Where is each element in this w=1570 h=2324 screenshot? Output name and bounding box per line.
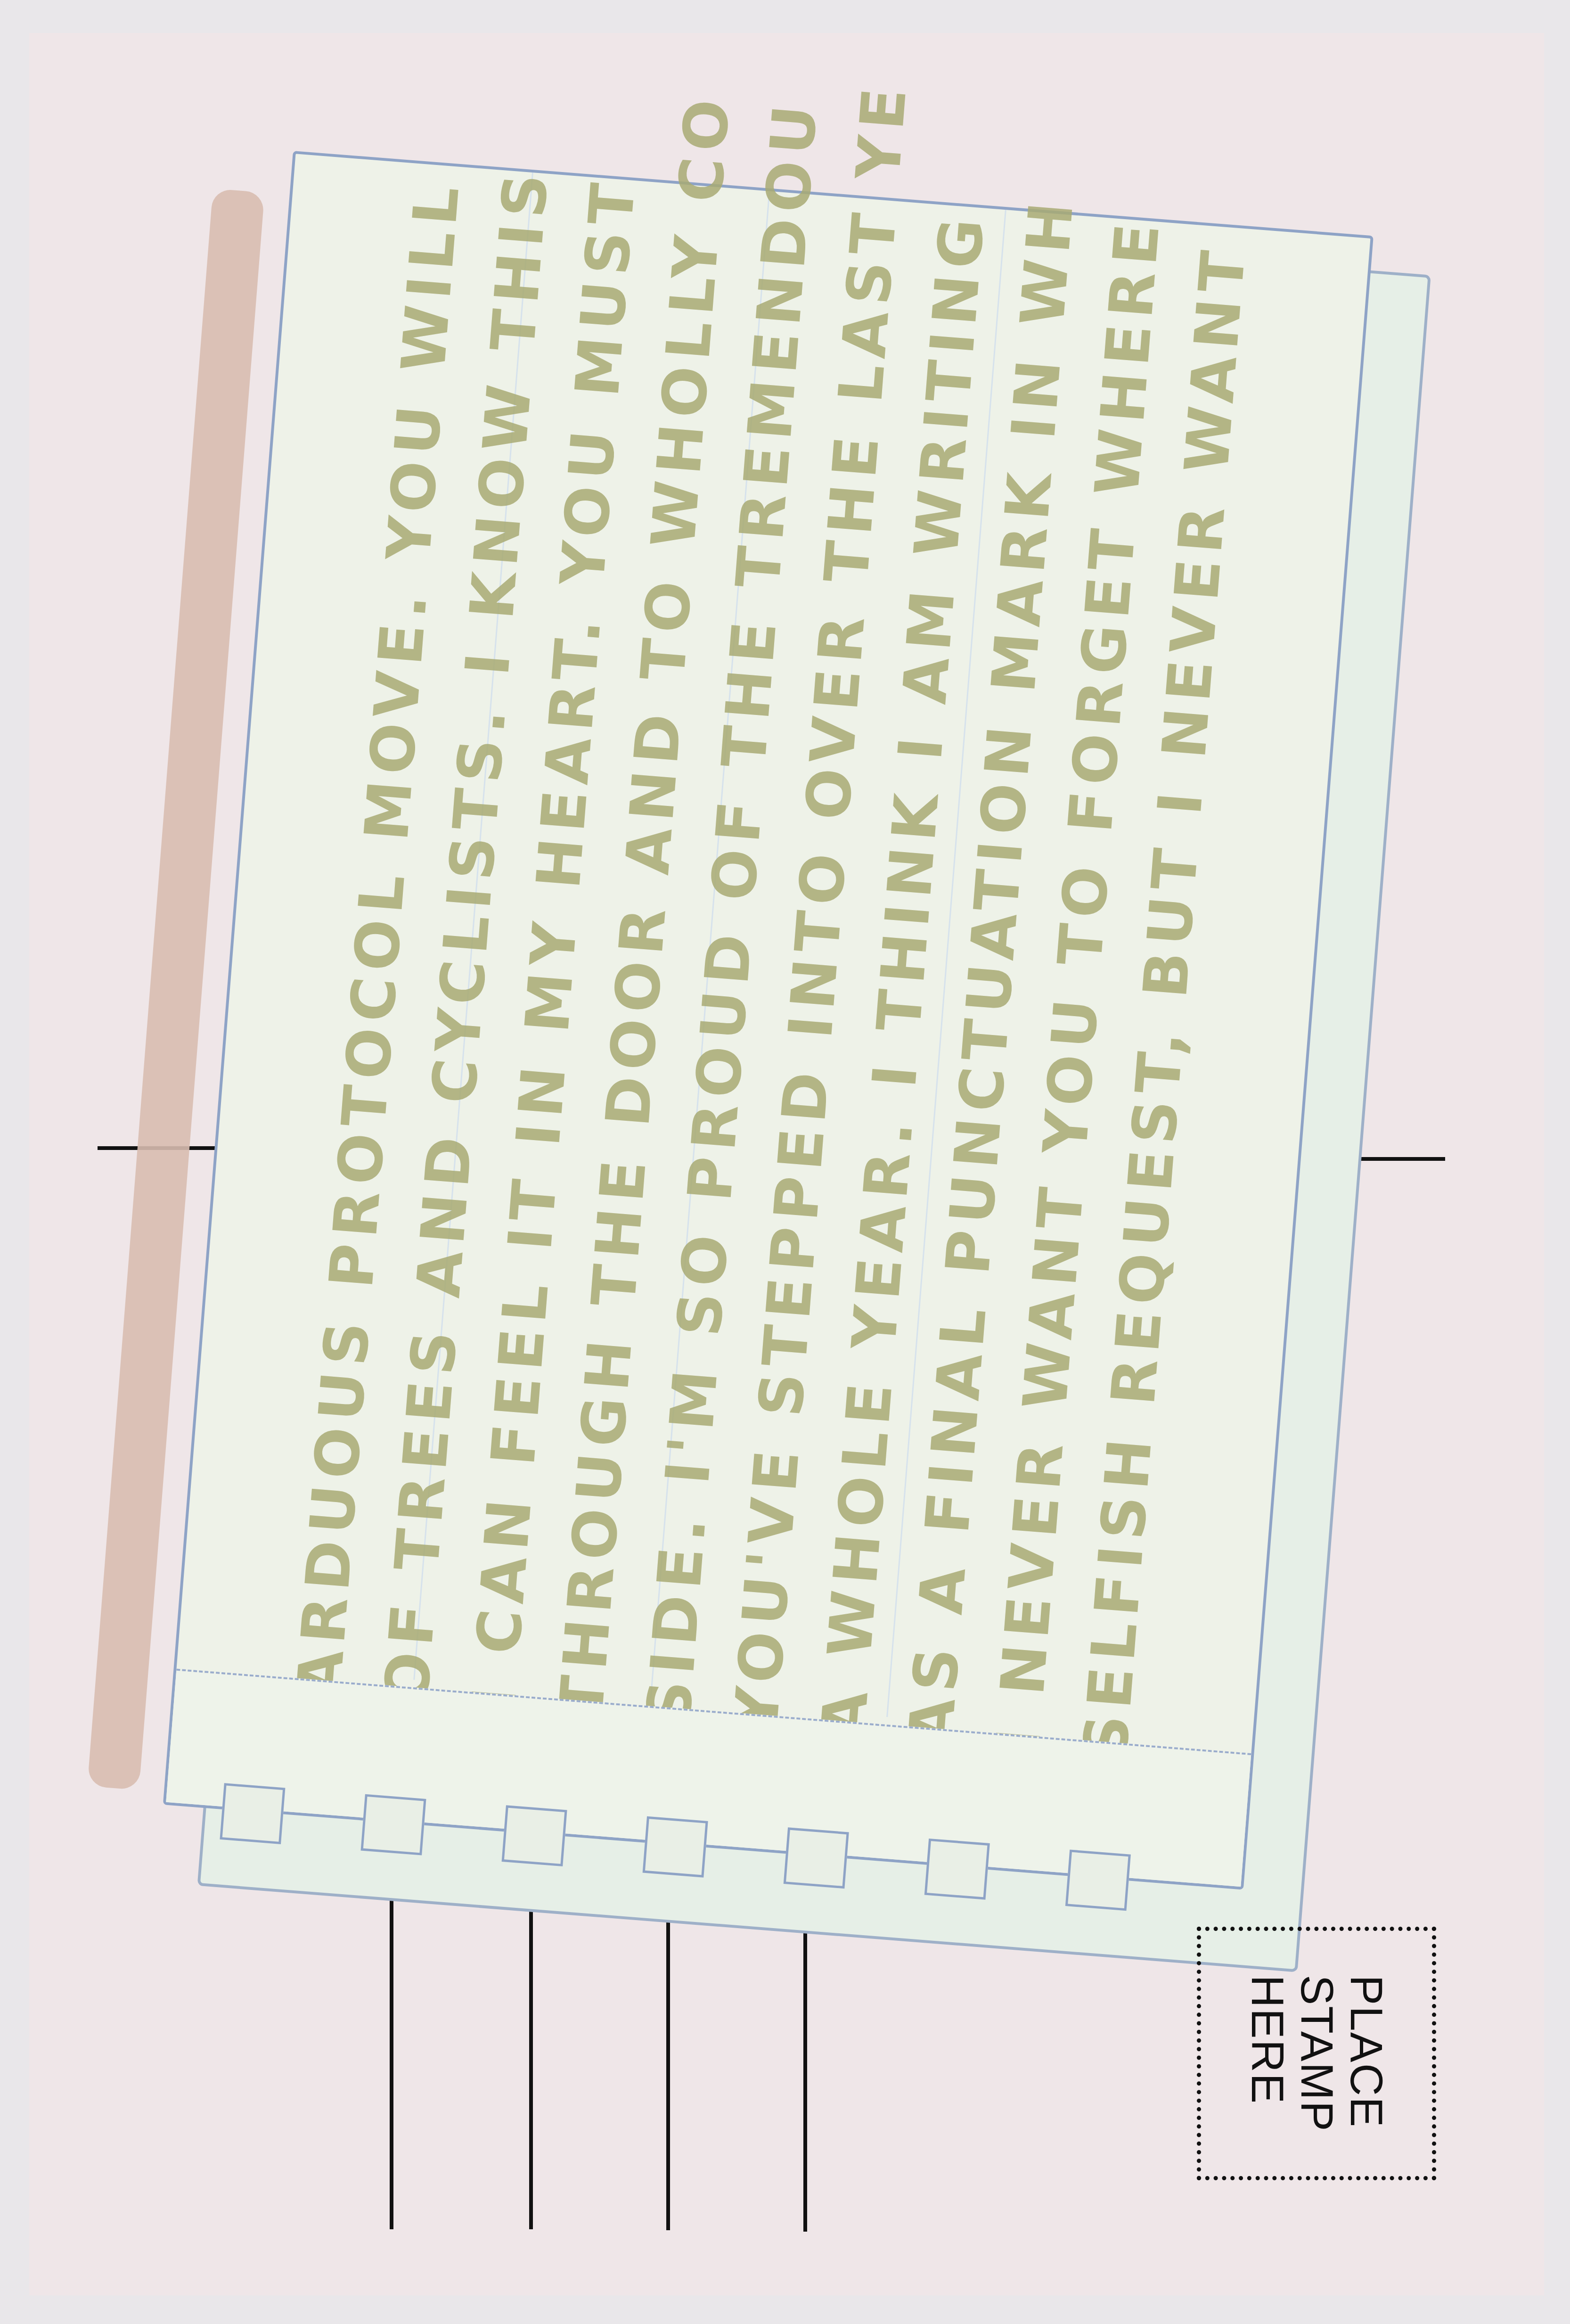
address-line-3 — [666, 1871, 670, 2230]
torn-tab — [502, 1805, 567, 1866]
stamp-line-stamp: STAMP — [1292, 1975, 1341, 2132]
torn-tab — [924, 1839, 990, 1900]
torn-tab — [1065, 1849, 1131, 1911]
painted-note: ARDUOUS PROTOCOL MOVE. YOU WILL OF TREES… — [163, 151, 1374, 1890]
stamp-label: PLACE STAMP HERE — [1243, 1975, 1391, 2132]
postcard-back: ARDUOUS PROTOCOL MOVE. YOU WILL OF TREES… — [29, 33, 1544, 2295]
torn-tab — [360, 1794, 426, 1856]
address-line-2 — [529, 1862, 533, 2229]
note-text: ARDUOUS PROTOCOL MOVE. YOU WILL OF TREES… — [276, 213, 1266, 1762]
stamp-line-here: HERE — [1243, 1975, 1292, 2132]
stamp-line-place: PLACE — [1341, 1975, 1391, 2132]
torn-tab — [643, 1816, 708, 1878]
torn-tab — [220, 1783, 285, 1844]
torn-tab — [784, 1827, 849, 1889]
stamp-box: PLACE STAMP HERE — [1197, 1927, 1436, 2180]
address-line-1 — [390, 1852, 393, 2229]
